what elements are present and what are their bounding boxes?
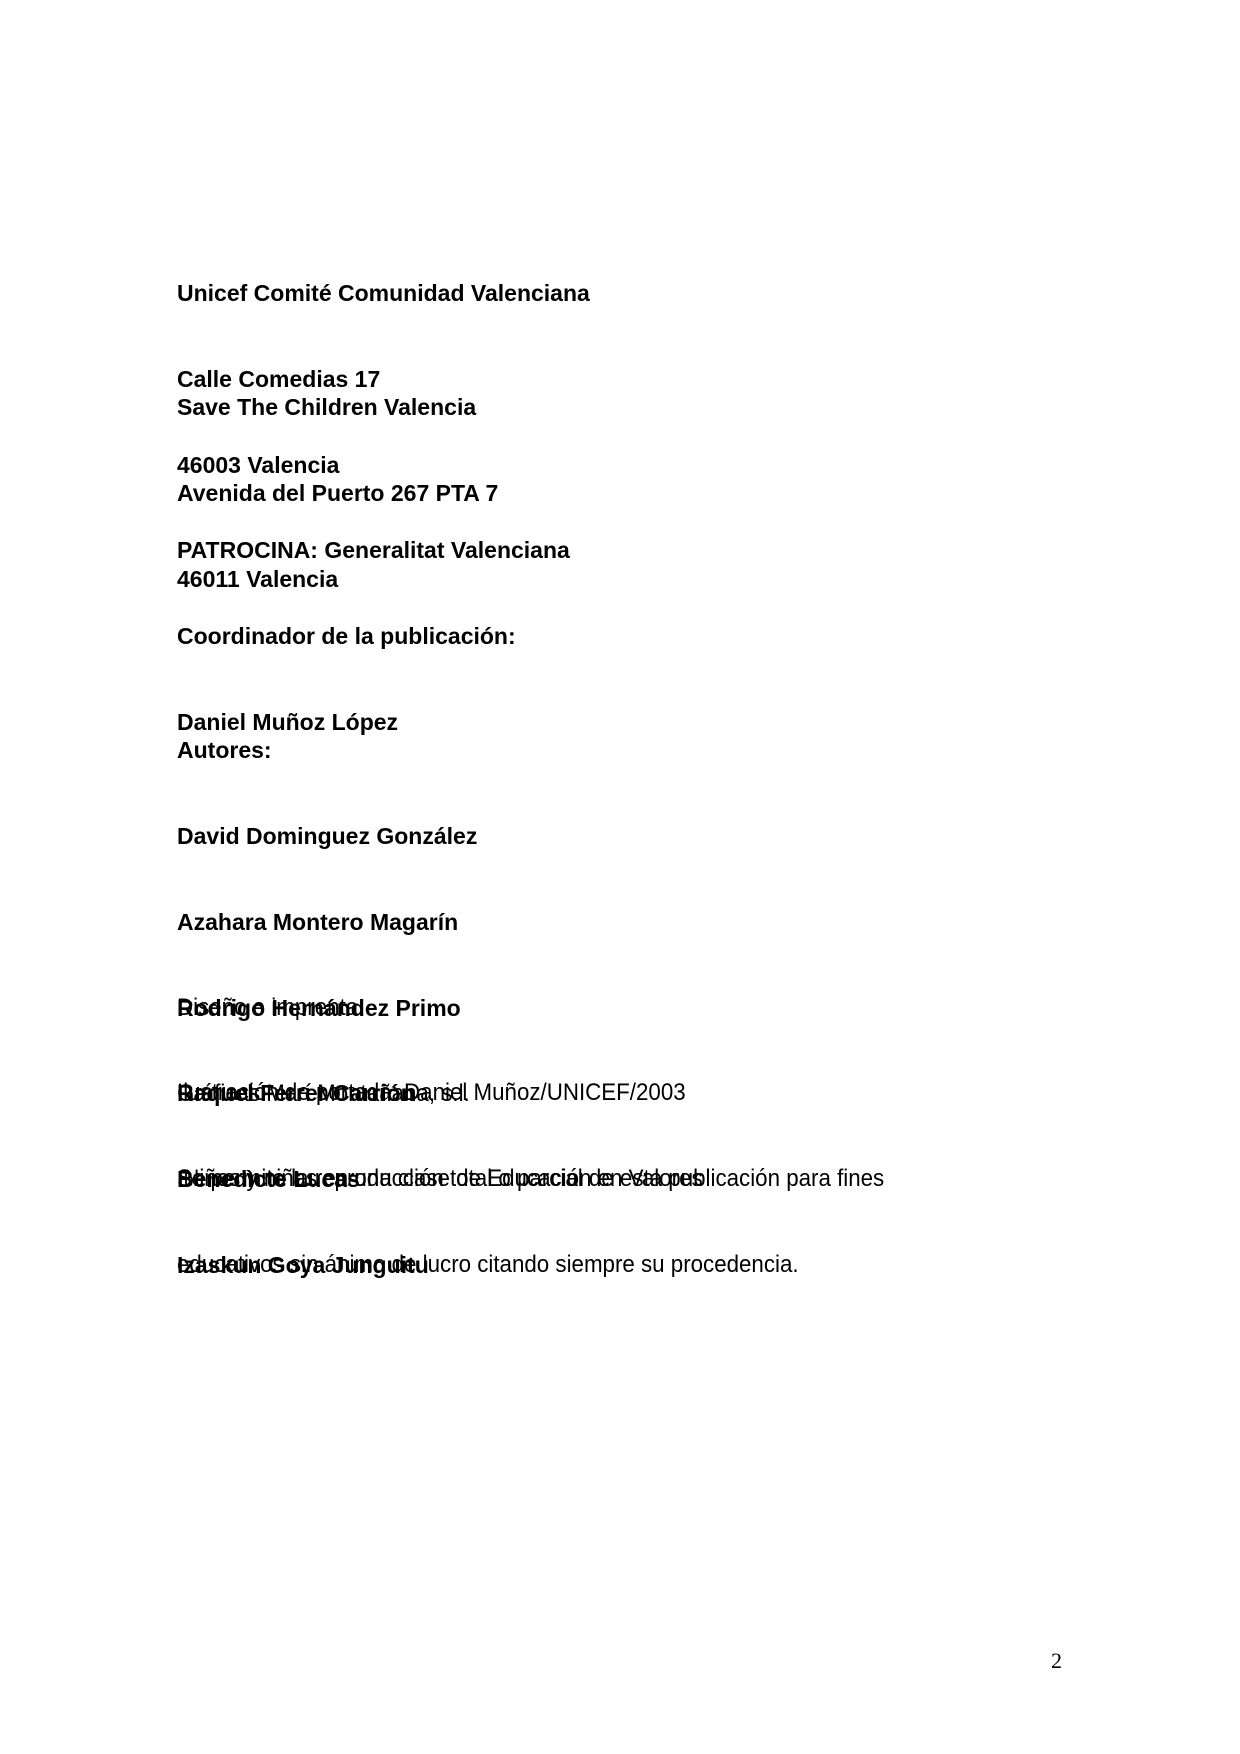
cover-credit: Ilustración de portada: Daniel Muñoz/UNI…	[177, 1079, 703, 1108]
sponsor-text: PATROCINA: Generalitat Valenciana	[177, 536, 570, 565]
authors-label: Autores:	[177, 736, 477, 765]
rights-line-1: Se permite la reproducción total o parci…	[177, 1165, 884, 1194]
design-label: Diseño e imprenta:	[177, 994, 470, 1023]
rights-notice: Se permite la reproducción total o parci…	[177, 1108, 884, 1337]
coordinator-label: Coordinador de la publicación:	[177, 622, 516, 651]
author-name: David Dominguez González	[177, 822, 477, 851]
stc-name: Save The Children Valencia	[177, 393, 498, 422]
document-page: Unicef Comité Comunidad Valenciana Calle…	[0, 0, 1240, 1754]
unicef-name: Unicef Comité Comunidad Valenciana	[177, 279, 590, 308]
page-number: 2	[1051, 1648, 1062, 1674]
author-name: Azahara Montero Magarín	[177, 908, 477, 937]
rights-line-2: educativos sin ánimo de lucro citando si…	[177, 1251, 884, 1280]
